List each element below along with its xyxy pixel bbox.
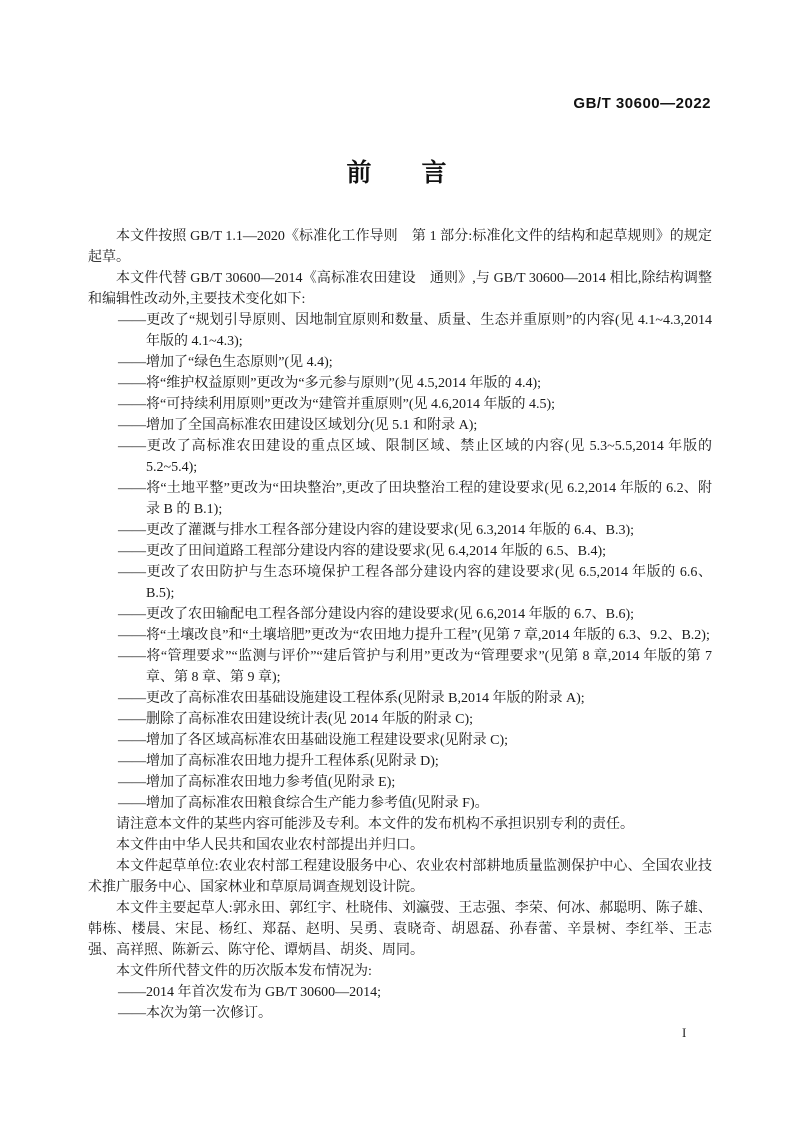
- change-list-item: ——将“土壤改良”和“土壤培肥”更改为“农田地力提升工程”(见第 7 章,201…: [88, 625, 712, 646]
- change-list-item: ——将“土地平整”更改为“田块整治”,更改了田块整治工程的建设要求(见 6.2,…: [88, 478, 712, 520]
- foreword-paragraph: 本文件代替 GB/T 30600—2014《高标准农田建设 通则》,与 GB/T…: [88, 268, 712, 310]
- change-list-item: ——将“维护权益原则”更改为“多元参与原则”(见 4.5,2014 年版的 4.…: [88, 373, 712, 394]
- change-list-item: ——本次为第一次修订。: [88, 1003, 712, 1024]
- change-list-item: ——更改了高标准农田基础设施建设工程体系(见附录 B,2014 年版的附录 A)…: [88, 688, 712, 709]
- foreword-paragraph: 本文件所代替文件的历次版本发布情况为:: [88, 961, 712, 982]
- page-title: 前 言: [0, 153, 793, 189]
- change-list-item: ——2014 年首次发布为 GB/T 30600—2014;: [88, 982, 712, 1003]
- change-list-item: ——更改了高标准农田建设的重点区域、限制区域、禁止区域的内容(见 5.3~5.5…: [88, 436, 712, 478]
- change-list-item: ——将“管理要求”“监测与评价”“建后管护与利用”更改为“管理要求”(见第 8 …: [88, 646, 712, 688]
- change-list-item: ——更改了农田输配电工程各部分建设内容的建设要求(见 6.6,2014 年版的 …: [88, 604, 712, 625]
- change-list-item: ——增加了高标准农田地力提升工程体系(见附录 D);: [88, 751, 712, 772]
- foreword-paragraph: 本文件起草单位:农业农村部工程建设服务中心、农业农村部耕地质量监测保护中心、全国…: [88, 856, 712, 898]
- foreword-paragraph: 本文件由中华人民共和国农业农村部提出并归口。: [88, 835, 712, 856]
- page-number: I: [682, 1025, 686, 1041]
- change-list-item: ——将“可持续利用原则”更改为“建管并重原则”(见 4.6,2014 年版的 4…: [88, 394, 712, 415]
- standard-code: GB/T 30600—2022: [573, 95, 711, 112]
- change-list-item: ——更改了“规划引导原则、因地制宜原则和数量、质量、生态并重原则”的内容(见 4…: [88, 310, 712, 352]
- change-list-item: ——增加了高标准农田粮食综合生产能力参考值(见附录 F)。: [88, 793, 712, 814]
- change-list-item: ——更改了田间道路工程部分建设内容的建设要求(见 6.4,2014 年版的 6.…: [88, 541, 712, 562]
- change-list-item: ——更改了农田防护与生态环境保护工程各部分建设内容的建设要求(见 6.5,201…: [88, 562, 712, 604]
- change-list-item: ——增加了全国高标准农田建设区域划分(见 5.1 和附录 A);: [88, 415, 712, 436]
- change-list-item: ——删除了高标准农田建设统计表(见 2014 年版的附录 C);: [88, 709, 712, 730]
- foreword-paragraph: 请注意本文件的某些内容可能涉及专利。本文件的发布机构不承担识别专利的责任。: [88, 814, 712, 835]
- foreword-paragraph: 本文件按照 GB/T 1.1—2020《标准化工作导则 第 1 部分:标准化文件…: [88, 226, 712, 268]
- standard-document-page: GB/T 30600—2022 前 言 本文件按照 GB/T 1.1—2020《…: [0, 0, 793, 1122]
- foreword-paragraph: 本文件主要起草人:郭永田、郭红宇、杜晓伟、刘瀛弢、王志强、李荣、何冰、郝聪明、陈…: [88, 898, 712, 961]
- foreword-body: 本文件按照 GB/T 1.1—2020《标准化工作导则 第 1 部分:标准化文件…: [88, 226, 712, 1024]
- change-list-item: ——更改了灌溉与排水工程各部分建设内容的建设要求(见 6.3,2014 年版的 …: [88, 520, 712, 541]
- change-list-item: ——增加了各区域高标准农田基础设施工程建设要求(见附录 C);: [88, 730, 712, 751]
- change-list-item: ——增加了高标准农田地力参考值(见附录 E);: [88, 772, 712, 793]
- change-list-item: ——增加了“绿色生态原则”(见 4.4);: [88, 352, 712, 373]
